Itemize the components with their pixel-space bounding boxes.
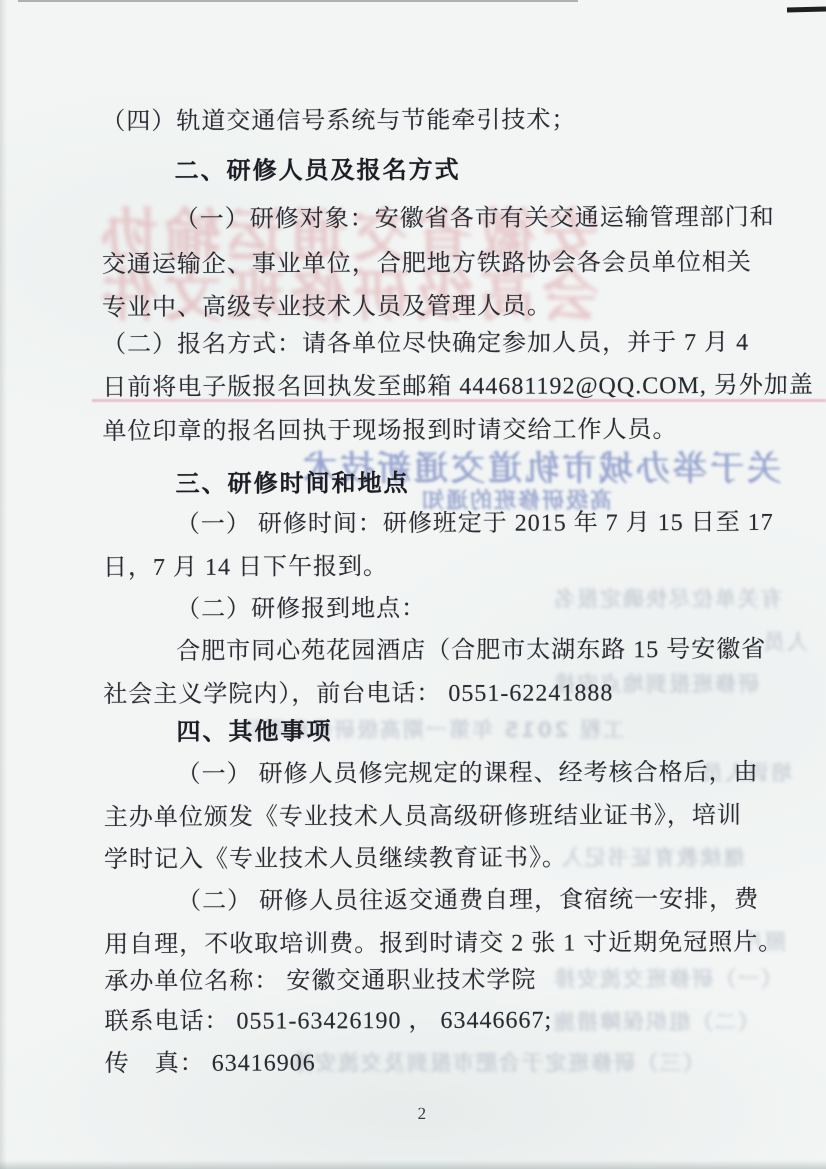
doc-line-hotel-phone: 社会主义学院内），前台电话： 0551-62241888 (103, 672, 613, 709)
doc-line: （二）研修报到地点： (176, 588, 426, 624)
doc-line: 单位印章的报名回执于现场报到时请交给工作人员。 (102, 409, 677, 446)
section-heading-2: 二、研修人员及报名方式 (174, 150, 460, 186)
document-body: （四）轨道交通信号系统与节能牵引技术； 二、研修人员及报名方式 （一）研修对象：… (0, 0, 826, 1169)
section-heading-4: 四、其他事项 (176, 711, 332, 747)
doc-line-organizer: 承办单位名称： 安徽交通职业技术学院 (104, 960, 536, 997)
doc-line: 专业中、高级专业技术人员及管理人员。 (102, 286, 552, 323)
doc-line: 学时记入《专业技术人员继续教育证书》。 (104, 837, 567, 874)
doc-line: 日，7 月 14 日下午报到。 (103, 546, 388, 582)
doc-line-email: 日前将电子版报名回执发至邮箱 444681192@QQ.COM, 另外加盖 (102, 365, 814, 402)
doc-line: 主办单位颁发《专业技术人员高级研修班结业证书》，培训 (104, 795, 742, 832)
doc-line: （一）研修对象：安徽省各市有关交通运输管理部门和 (175, 197, 775, 234)
doc-line-contact-phone: 联系电话： 0551-63426190 ， 63446667; (104, 1000, 552, 1037)
scanned-document-page: 安徽省交通运输协 会高级研修班文件 关于举办城市轨道交通新技术 高级研修班的通知… (0, 0, 826, 1169)
doc-line: 交通运输企、事业单位，合肥地方铁路协会各会员单位相关 (102, 242, 752, 279)
doc-line-item4: （四）轨道交通信号系统与节能牵引技术； (101, 99, 576, 136)
page-number: 2 (407, 1104, 437, 1124)
doc-line-address: 合肥市同心苑花园酒店（合肥市太湖东路 15 号安徽省 (176, 629, 766, 666)
doc-line: 用自理，不收取培训费。报到时请交 2 张 1 寸近期免冠照片。 (104, 922, 783, 959)
doc-line: （二） 研修人员往返交通费自理，食宿统一安排，费 (177, 879, 759, 916)
doc-line: （一） 研修人员修完规定的课程、经考核合格后，由 (177, 752, 759, 789)
doc-line-schedule: （一） 研修时间：研修班定于 2015 年 7 月 15 日至 17 (176, 502, 774, 539)
section-heading-3: 三、研修时间和地点 (176, 463, 410, 499)
doc-line-fax: 传 真： 63416906 (105, 1042, 316, 1078)
doc-line: （二）报名方式：请各单位尽快确定参加人员，并于 7 月 4 (102, 322, 749, 359)
